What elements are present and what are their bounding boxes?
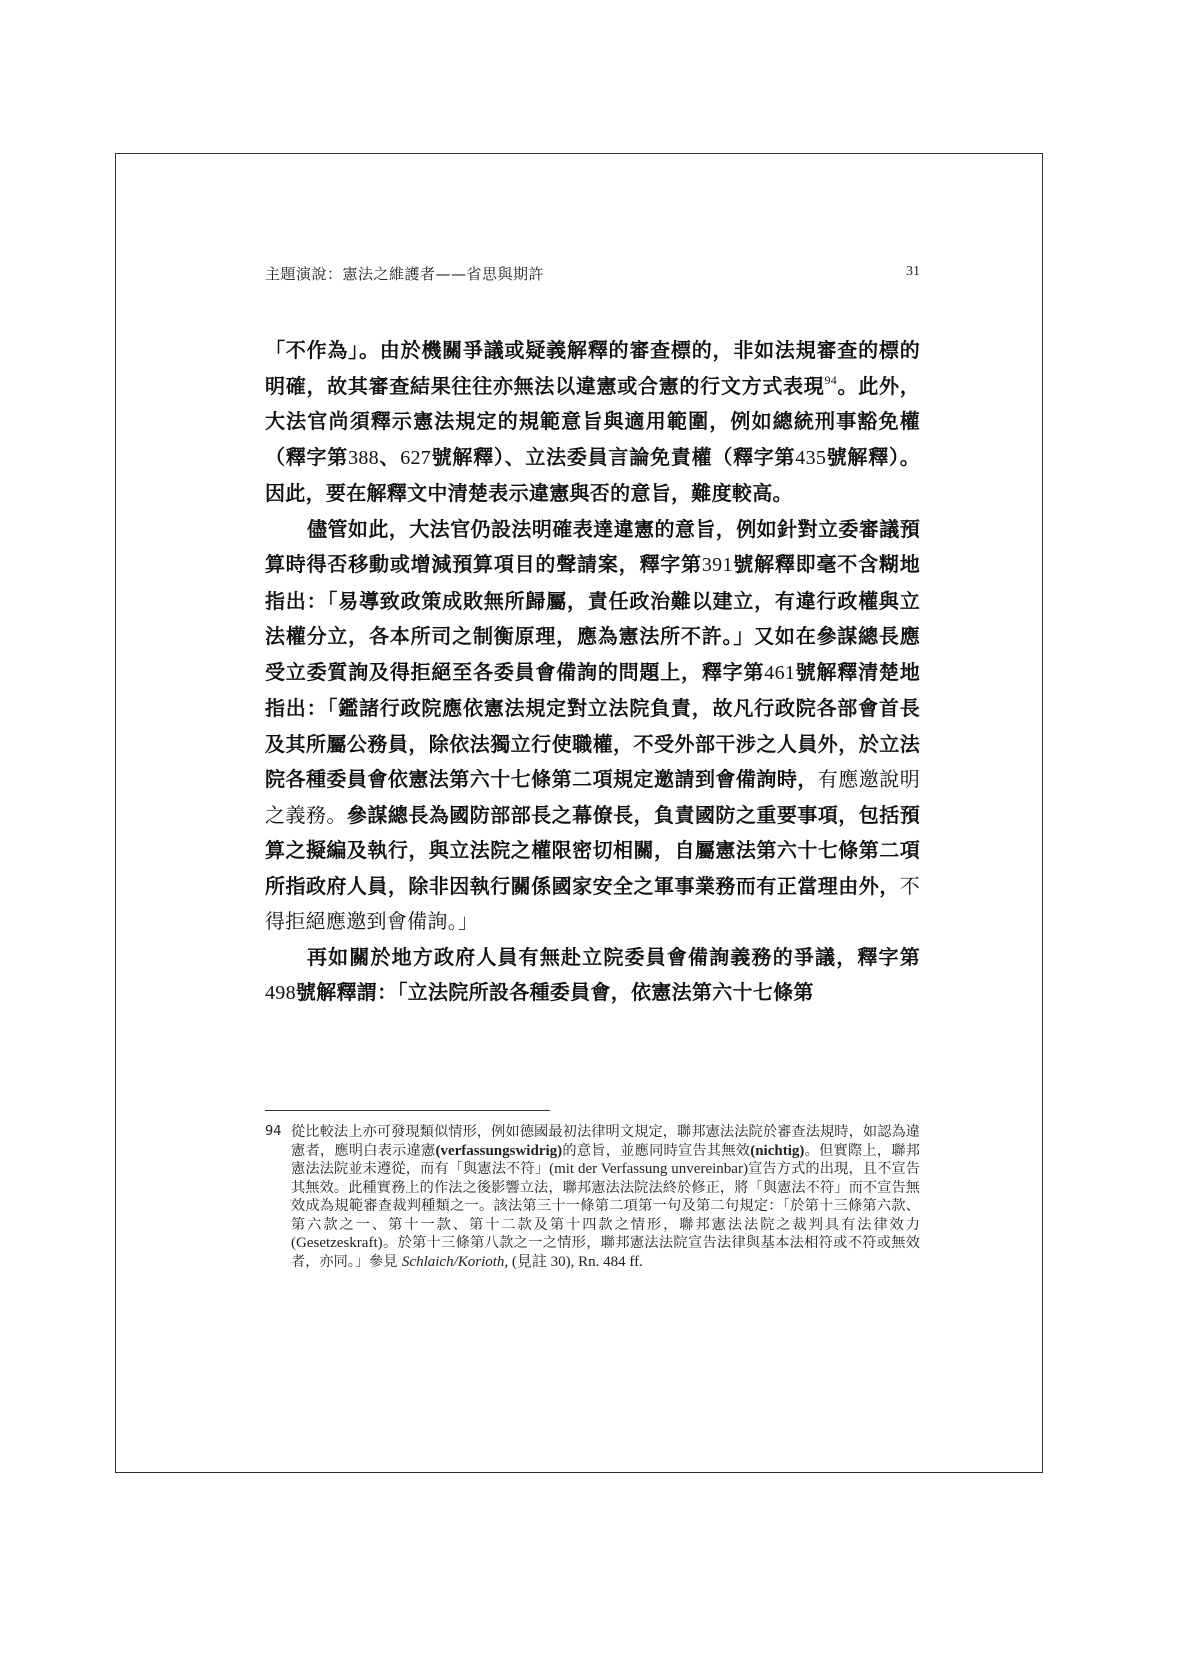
paragraph-1-text: 、 bbox=[379, 445, 400, 469]
body-text: 「不作為」。由於機關爭議或疑義解釋的審查標的，非如法規審查的標的明確，故其審查結… bbox=[265, 333, 920, 1012]
interpretation-number: 388 bbox=[348, 447, 379, 469]
footnote-number: 94 bbox=[265, 1123, 282, 1142]
running-title: 主題演說：憲法之維護者——省思與期許 bbox=[265, 263, 544, 284]
paragraph-3-text: 號解釋謂：「立法院所設各種委員會，依憲法第六十七條第 bbox=[296, 980, 814, 1004]
paragraph-2-text: 參謀總長為國防部部長之幕僚長，負責國防之重要事項，包括預算之擬編及執行，與立法院… bbox=[265, 803, 920, 898]
paragraph-1-text: 號解釋）、立法委員言論免責權（釋字第 bbox=[431, 445, 795, 469]
footnote-german-term: (Gesetzeskraft) bbox=[291, 1235, 383, 1251]
interpretation-number: 461 bbox=[764, 662, 795, 684]
footnote-citation-author: Schlaich/Korioth bbox=[402, 1254, 505, 1270]
interpretation-number: 627 bbox=[400, 447, 431, 469]
paragraph-3: 再如關於地方政府人員有無赴立院委員會備詢義務的爭議，釋字第498號解釋謂：「立法… bbox=[265, 940, 920, 1012]
footnote-separator bbox=[265, 1110, 550, 1111]
paragraph-2: 儘管如此，大法官仍設法明確表達違憲的意旨，例如針對立委審議預算時得否移動或增減預… bbox=[265, 512, 920, 940]
footnote-94: 94 從比較法上亦可發現類似情形，例如德國最初法律明文規定，聯邦憲法法院於審查法… bbox=[265, 1123, 920, 1271]
footnote-text: 的意旨，並應同時宣告其無效 bbox=[562, 1143, 750, 1159]
paragraph-1-text: 「不作為」。由於機關爭議或疑義解釋的審查標的，非如法規審查的標的明確，故其審查結… bbox=[265, 338, 920, 398]
running-head: 主題演說：憲法之維護者——省思與期許 31 bbox=[265, 263, 920, 287]
interpretation-number: 391 bbox=[702, 554, 733, 576]
footnote-reference[interactable]: 94 bbox=[825, 373, 838, 387]
interpretation-number: 498 bbox=[265, 982, 296, 1004]
footnote-body: 從比較法上亦可發現類似情形，例如德國最初法律明文規定，聯邦憲法法院於審查法規時，… bbox=[291, 1123, 920, 1271]
interpretation-number: 435 bbox=[795, 447, 826, 469]
footnote-german-term: (nichtig) bbox=[750, 1143, 804, 1159]
footnote-german-term: (mit der Verfassung unvereinbar) bbox=[549, 1161, 748, 1177]
page-number: 31 bbox=[906, 264, 920, 280]
footnote-citation-ref: , (見註 30), Rn. 484 ff. bbox=[504, 1254, 642, 1270]
paragraph-1: 「不作為」。由於機關爭議或疑義解釋的審查標的，非如法規審查的標的明確，故其審查結… bbox=[265, 333, 920, 512]
footnote-german-term: (verfassungswidrig) bbox=[435, 1143, 562, 1159]
paragraph-3-text: 再如關於地方政府人員有無赴立院委員會備詢義務的爭議，釋字第 bbox=[307, 945, 920, 969]
